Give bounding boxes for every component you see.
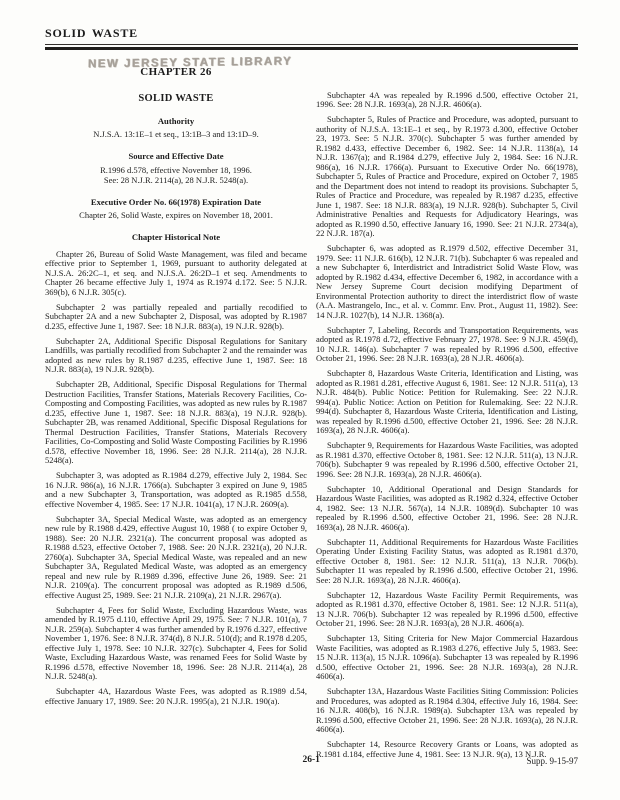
historical-note-paragraph: Chapter 26, Bureau of Solid Waste Manage… bbox=[45, 250, 307, 298]
historical-note-paragraph: Subchapter 7, Labeling, Records and Tran… bbox=[316, 326, 578, 364]
historical-note-paragraph: Subchapter 4A was repealed by R.1996 d.5… bbox=[316, 91, 578, 110]
historical-note-paragraph: Subchapter 13A, Hazardous Waste Faciliti… bbox=[316, 687, 578, 735]
historical-note-paragraph: Subchapter 4A, Hazardous Waste Fees, was… bbox=[45, 687, 307, 706]
source-line: R.1996 d.578, effective November 18, 199… bbox=[45, 165, 307, 175]
historical-note-paragraph: Subchapter 9, Requirements for Hazardous… bbox=[316, 441, 578, 479]
page-number: 26-1 bbox=[302, 755, 319, 765]
historical-note-paragraph: Subchapter 2 was partially repealed and … bbox=[45, 303, 307, 332]
historical-note-heading: Chapter Historical Note bbox=[45, 233, 307, 243]
historical-note-paragraph: Subchapter 3, was adopted as R.1984 d.27… bbox=[45, 471, 307, 509]
right-column: Subchapter 4A was repealed by R.1996 d.5… bbox=[316, 54, 578, 765]
source-line: See: 28 N.J.R. 2114(a), 28 N.J.R. 5248(a… bbox=[45, 175, 307, 185]
historical-note-paragraph: Subchapter 11, Additional Requirements f… bbox=[316, 538, 578, 586]
expiration-text: Chapter 26, Solid Waste, expires on Nove… bbox=[45, 210, 307, 220]
historical-note-paragraph: Subchapter 8, Hazardous Waste Criteria, … bbox=[316, 369, 578, 436]
left-column-paragraphs: Chapter 26, Bureau of Solid Waste Manage… bbox=[45, 250, 307, 707]
historical-note-paragraph: Subchapter 3A, Special Medical Waste, wa… bbox=[45, 515, 307, 601]
historical-note-paragraph: Subchapter 12, Hazardous Waste Facility … bbox=[316, 591, 578, 629]
historical-note-paragraph: Subchapter 2B, Additional, Specific Disp… bbox=[45, 380, 307, 466]
historical-note-paragraph: Subchapter 13, Siting Criteria for New M… bbox=[316, 634, 578, 682]
supplement-date: Supp. 9-15-97 bbox=[527, 756, 579, 766]
right-column-paragraphs: Subchapter 4A was repealed by R.1996 d.5… bbox=[316, 91, 578, 760]
page-footer: 26-1 Supp. 9-15-97 bbox=[45, 755, 578, 767]
expiration-heading: Executive Order No. 66(1978) Expiration … bbox=[45, 198, 307, 208]
source-heading: Source and Effective Date bbox=[45, 152, 307, 162]
authority-text: N.J.S.A. 13:1E–1 et seq., 13:1B–3 and 13… bbox=[45, 129, 307, 139]
running-header: SOLID WASTE bbox=[45, 26, 578, 50]
historical-note-paragraph: Subchapter 2A, Additional Specific Dispo… bbox=[45, 337, 307, 375]
chapter-title: SOLID WASTE bbox=[45, 94, 307, 104]
authority-heading: Authority bbox=[45, 117, 307, 127]
document-page: SOLID WASTE NEW JERSEY STATE LIBRARY CHA… bbox=[0, 0, 620, 800]
header-rule-thin bbox=[45, 44, 578, 45]
historical-note-paragraph: Subchapter 6, was adopted as R.1979 d.50… bbox=[316, 244, 578, 320]
header-rule-thick bbox=[45, 47, 578, 50]
source-lines: R.1996 d.578, effective November 18, 199… bbox=[45, 165, 307, 185]
two-column-body: CHAPTER 26 SOLID WASTE Authority N.J.S.A… bbox=[45, 54, 578, 765]
front-matter: CHAPTER 26 SOLID WASTE Authority N.J.S.A… bbox=[45, 68, 307, 243]
left-column: CHAPTER 26 SOLID WASTE Authority N.J.S.A… bbox=[45, 54, 307, 765]
running-header-title: SOLID WASTE bbox=[45, 26, 578, 41]
historical-note-paragraph: Subchapter 10, Additional Operational an… bbox=[316, 485, 578, 533]
historical-note-paragraph: Subchapter 4, Fees for Solid Waste, Excl… bbox=[45, 606, 307, 682]
historical-note-paragraph: Subchapter 5, Rules of Practice and Proc… bbox=[316, 115, 578, 239]
